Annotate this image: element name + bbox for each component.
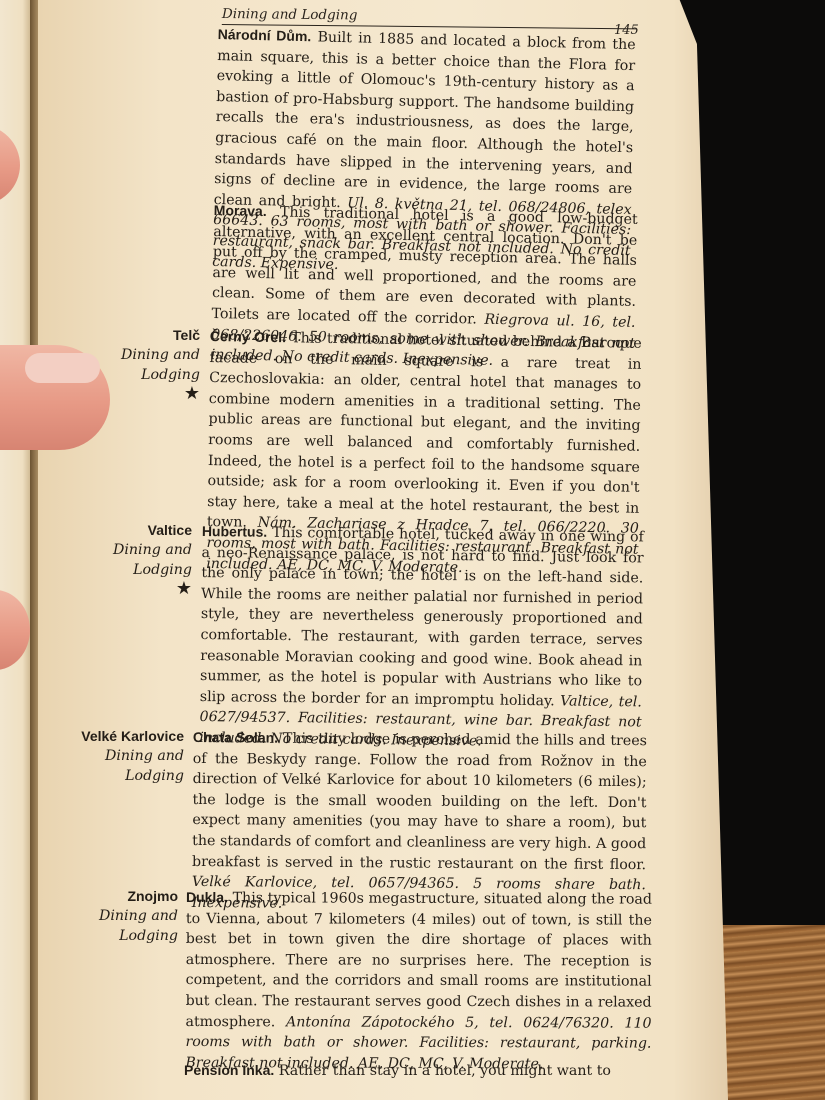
section-label: Lodging — [60, 766, 184, 786]
sidebar-valtice: Valtice Dining and Lodging ★ — [90, 520, 192, 598]
star-icon: ★ — [90, 580, 192, 598]
section-label: Lodging — [100, 365, 200, 385]
entry-name: Dukla. — [186, 889, 228, 905]
entry-description: This traditional hotel is a good low-bud… — [211, 204, 637, 327]
sidebar-znojmo: Znojmo Dining and Lodging — [76, 886, 178, 946]
section-label: Lodging — [76, 926, 178, 946]
sidebar-velke-karlovice: Velké Karlovice Dining and Lodging — [60, 726, 184, 786]
section-label: Dining and — [76, 906, 178, 926]
entry-description: Rather than stay in a hotel, you might w… — [279, 1063, 611, 1079]
entry-name: Chata Solan. — [193, 729, 278, 746]
town-name: Telč — [100, 325, 200, 345]
town-name: Znojmo — [76, 886, 178, 906]
entry-name: Pension Inka. — [184, 1062, 274, 1078]
section-label: Dining and — [60, 746, 184, 766]
entry-description: Built in 1885 and located a block from t… — [214, 29, 636, 210]
entry-dukla: Dukla. This typical 1960s megastructure,… — [185, 887, 652, 1075]
star-icon: ★ — [100, 385, 200, 403]
sidebar-telc: Telč Dining and Lodging ★ — [100, 325, 200, 403]
entry-description: This tiny lodge is perched amid the hill… — [192, 731, 647, 873]
entry-name: Morava. — [214, 202, 267, 219]
finger-thumb — [0, 345, 110, 450]
town-name: Valtice — [90, 520, 192, 540]
section-label: Dining and — [100, 345, 200, 365]
entry-name: Národní Dům. — [218, 26, 312, 44]
entry-description: This comfortable hotel, tucked away in o… — [200, 525, 644, 709]
section-label: Dining and — [90, 540, 192, 560]
fingernail — [25, 353, 100, 383]
entry-description: This traditional hotel situated behind a… — [207, 330, 642, 531]
book-gutter — [30, 0, 38, 1100]
town-name: Velké Karlovice — [60, 726, 184, 746]
entry-name: Hubertus. — [202, 523, 268, 540]
entry-hubertus: Hubertus. This comfortable hotel, tucked… — [199, 521, 644, 754]
section-label: Lodging — [90, 560, 192, 580]
entry-pension-inka: Pension Inka. Rather than stay in a hote… — [184, 1060, 654, 1082]
entry-name: Černý Orel. — [210, 328, 286, 345]
entry-description: This typical 1960s megastructure, situat… — [186, 890, 652, 1030]
